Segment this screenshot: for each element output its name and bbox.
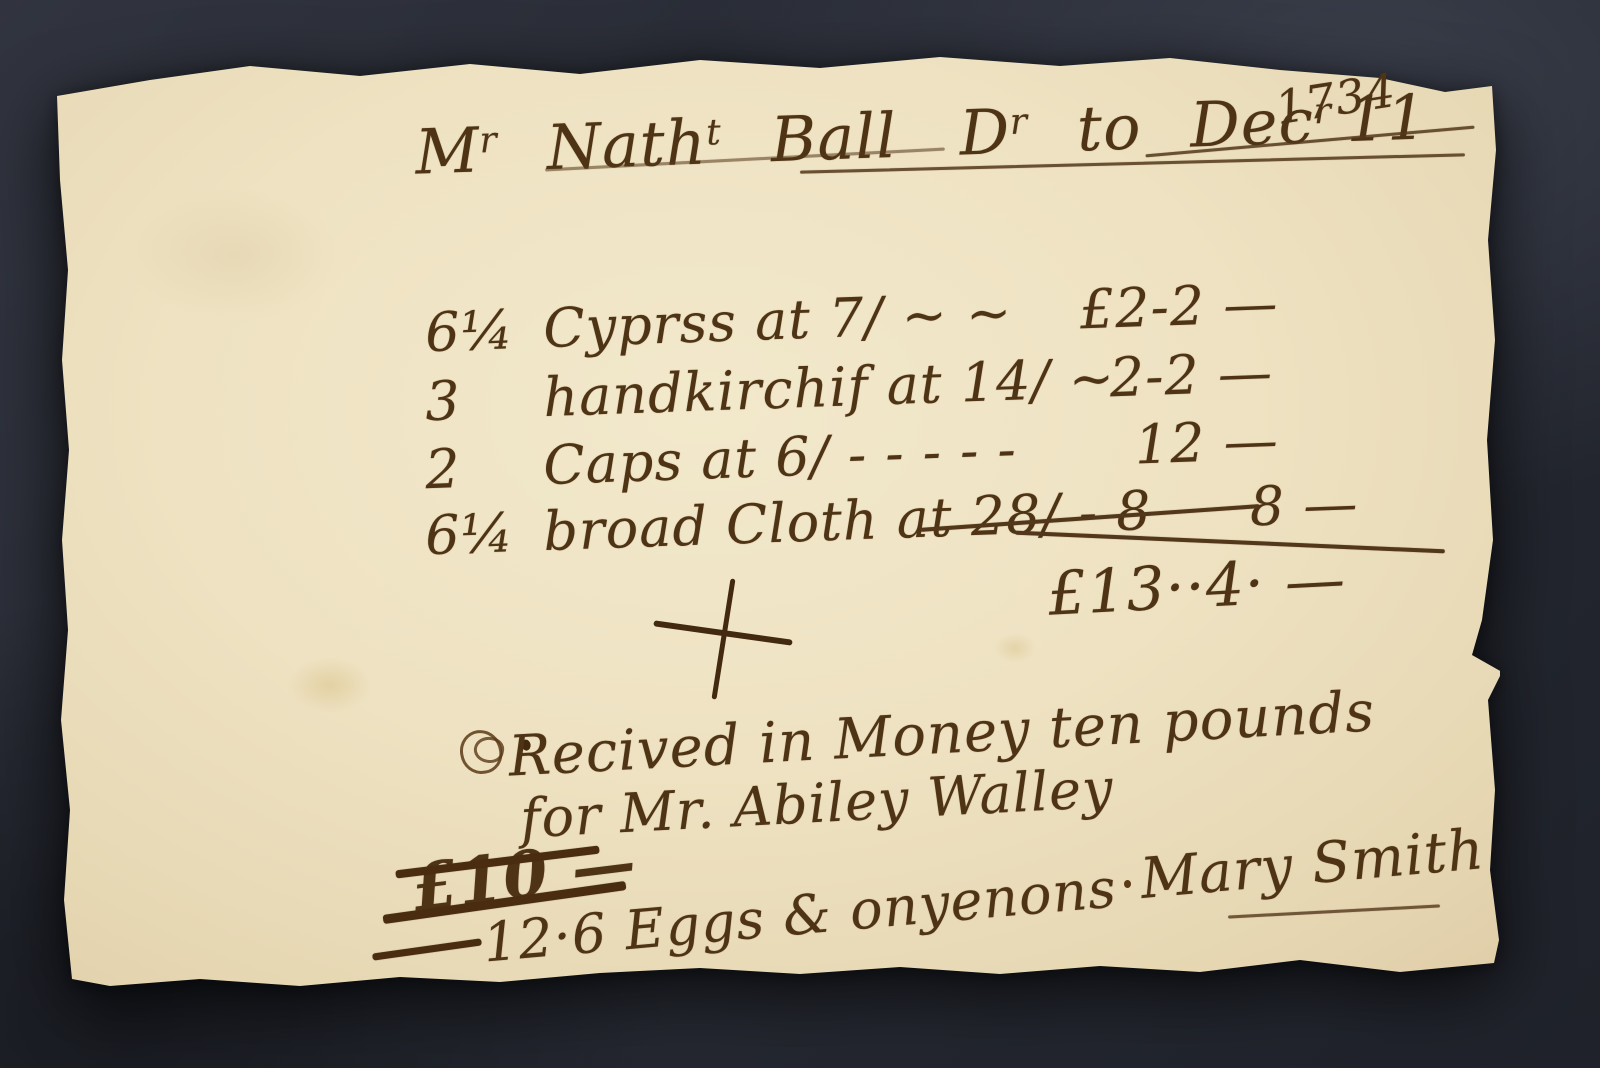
ink-dot bbox=[1124, 880, 1131, 888]
photograph-of-receipt: Mr Natht Ball Dr to Decr11 1734 6¼ Cyprs… bbox=[0, 0, 1600, 1068]
item-quantity: 6¼ bbox=[424, 298, 526, 364]
item-quantity: 6¼ bbox=[424, 501, 526, 567]
header-to: to bbox=[1076, 90, 1143, 165]
header-debtor-abbrev: Dr bbox=[958, 94, 1029, 169]
header-salutation: Mr bbox=[414, 113, 499, 189]
cross-mark bbox=[645, 578, 805, 703]
item-amount: 8 — bbox=[1249, 472, 1360, 539]
item-amount: 12 — bbox=[1134, 408, 1280, 476]
item-quantity: 3 bbox=[424, 367, 526, 433]
item-quantity: 2 bbox=[424, 435, 526, 501]
cross-mark-vertical bbox=[711, 578, 735, 699]
header-surname: Ball bbox=[769, 99, 898, 176]
header-first-name: Natht bbox=[545, 105, 723, 184]
item-amount: £2-2 — bbox=[1079, 271, 1280, 341]
item-amount: 2-2 — bbox=[1109, 341, 1274, 410]
